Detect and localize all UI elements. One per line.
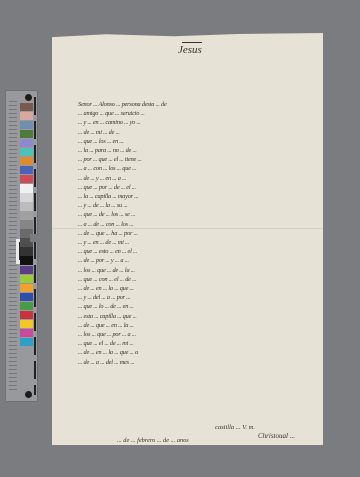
text-line: ... la ... capilla ... mayor ...: [78, 192, 318, 201]
text-line: ... que ... lo ... de ... en ...: [78, 302, 318, 311]
text-line: ... que ... los ... en ...: [78, 137, 318, 146]
text-line: ... a ... con ... los ... que ...: [78, 164, 318, 173]
text-line: ... por ... que ... el ... tiene ...: [78, 155, 318, 164]
color-patch: [20, 103, 33, 111]
color-patch: [20, 338, 33, 346]
text-line: ... y ... en ... camino ... yo ...: [78, 118, 318, 127]
color-patch: [20, 320, 33, 328]
color-calibration-target: [5, 90, 38, 402]
letter-body: Senor ... Alonso ... persona desta ... d…: [78, 100, 318, 367]
text-line: ... que ... con ... el ... de ...: [78, 275, 318, 284]
color-patch: [20, 175, 33, 183]
text-line: ... y ... en ... de ... mi ...: [78, 238, 318, 247]
color-patch: [20, 256, 33, 265]
color-patch: [20, 247, 33, 256]
text-line: ... y ... del ... a ... por ...: [78, 293, 318, 302]
text-line: ... que ... por ... de ... el ...: [78, 183, 318, 192]
letter-closing: castilla ... V. m.: [215, 424, 255, 431]
text-line: ... de ... que ... ha ... por ...: [78, 229, 318, 238]
color-patch: [20, 202, 33, 211]
text-line: ... la ... para ... no ... de ...: [78, 146, 318, 155]
color-patch: [20, 211, 33, 220]
text-line: ... de ... y ... en ... a ...: [78, 174, 318, 183]
text-line: ... los ... que ... por ... a ...: [78, 330, 318, 339]
color-patch: [20, 329, 33, 337]
text-line: ... de ... por ... y ... a ...: [78, 256, 318, 265]
text-line: ... de ... en ... la ... que ...: [78, 284, 318, 293]
text-line: ... amigo ... que ... seruicio ...: [78, 109, 318, 118]
text-line: ... de ... mi ... de ...: [78, 128, 318, 137]
text-line: ... que ... el ... de ... mi ...: [78, 339, 318, 348]
color-patch: [20, 311, 33, 319]
letter-date: ... de ... febrero ... de ... anos: [117, 437, 189, 444]
target-hole-bottom: [25, 391, 32, 398]
color-patch: [20, 121, 33, 129]
color-patch: [20, 266, 33, 274]
color-patch: [20, 157, 33, 165]
text-line: ... de ... a ... del ... mes ...: [78, 358, 318, 367]
text-line: ... que ... esto ... en ... el ...: [78, 247, 318, 256]
color-patch: [20, 275, 33, 283]
text-line: ... a ... de ... con ... los ...: [78, 220, 318, 229]
text-line: ... esta ... capilla ... que ...: [78, 312, 318, 321]
text-line: ... y ... de ... la ... su ...: [78, 201, 318, 210]
document-heading: Jesus: [178, 44, 202, 56]
target-hole-top: [25, 94, 32, 101]
color-patch: [20, 184, 33, 193]
color-patch: [20, 302, 33, 310]
text-line: ... que ... de ... los ... se ...: [78, 210, 318, 219]
color-patch: [20, 139, 33, 147]
color-patch: [20, 284, 33, 292]
signature: Christoual ...: [258, 432, 295, 440]
text-line: ... de ... que ... en ... la ...: [78, 321, 318, 330]
ruler-scale: [34, 97, 36, 395]
text-line: ... de ... en ... la ... que ... a: [78, 348, 318, 357]
color-patch: [20, 166, 33, 174]
color-patch: [20, 112, 33, 120]
text-line: ... los ... que ... de ... la ...: [78, 266, 318, 275]
color-patch: [20, 220, 33, 229]
color-patch: [20, 130, 33, 138]
color-patch: [20, 193, 33, 202]
color-patch: [20, 293, 33, 301]
text-line: Senor ... Alonso ... persona desta ... d…: [78, 100, 318, 109]
color-patch: [20, 148, 33, 156]
